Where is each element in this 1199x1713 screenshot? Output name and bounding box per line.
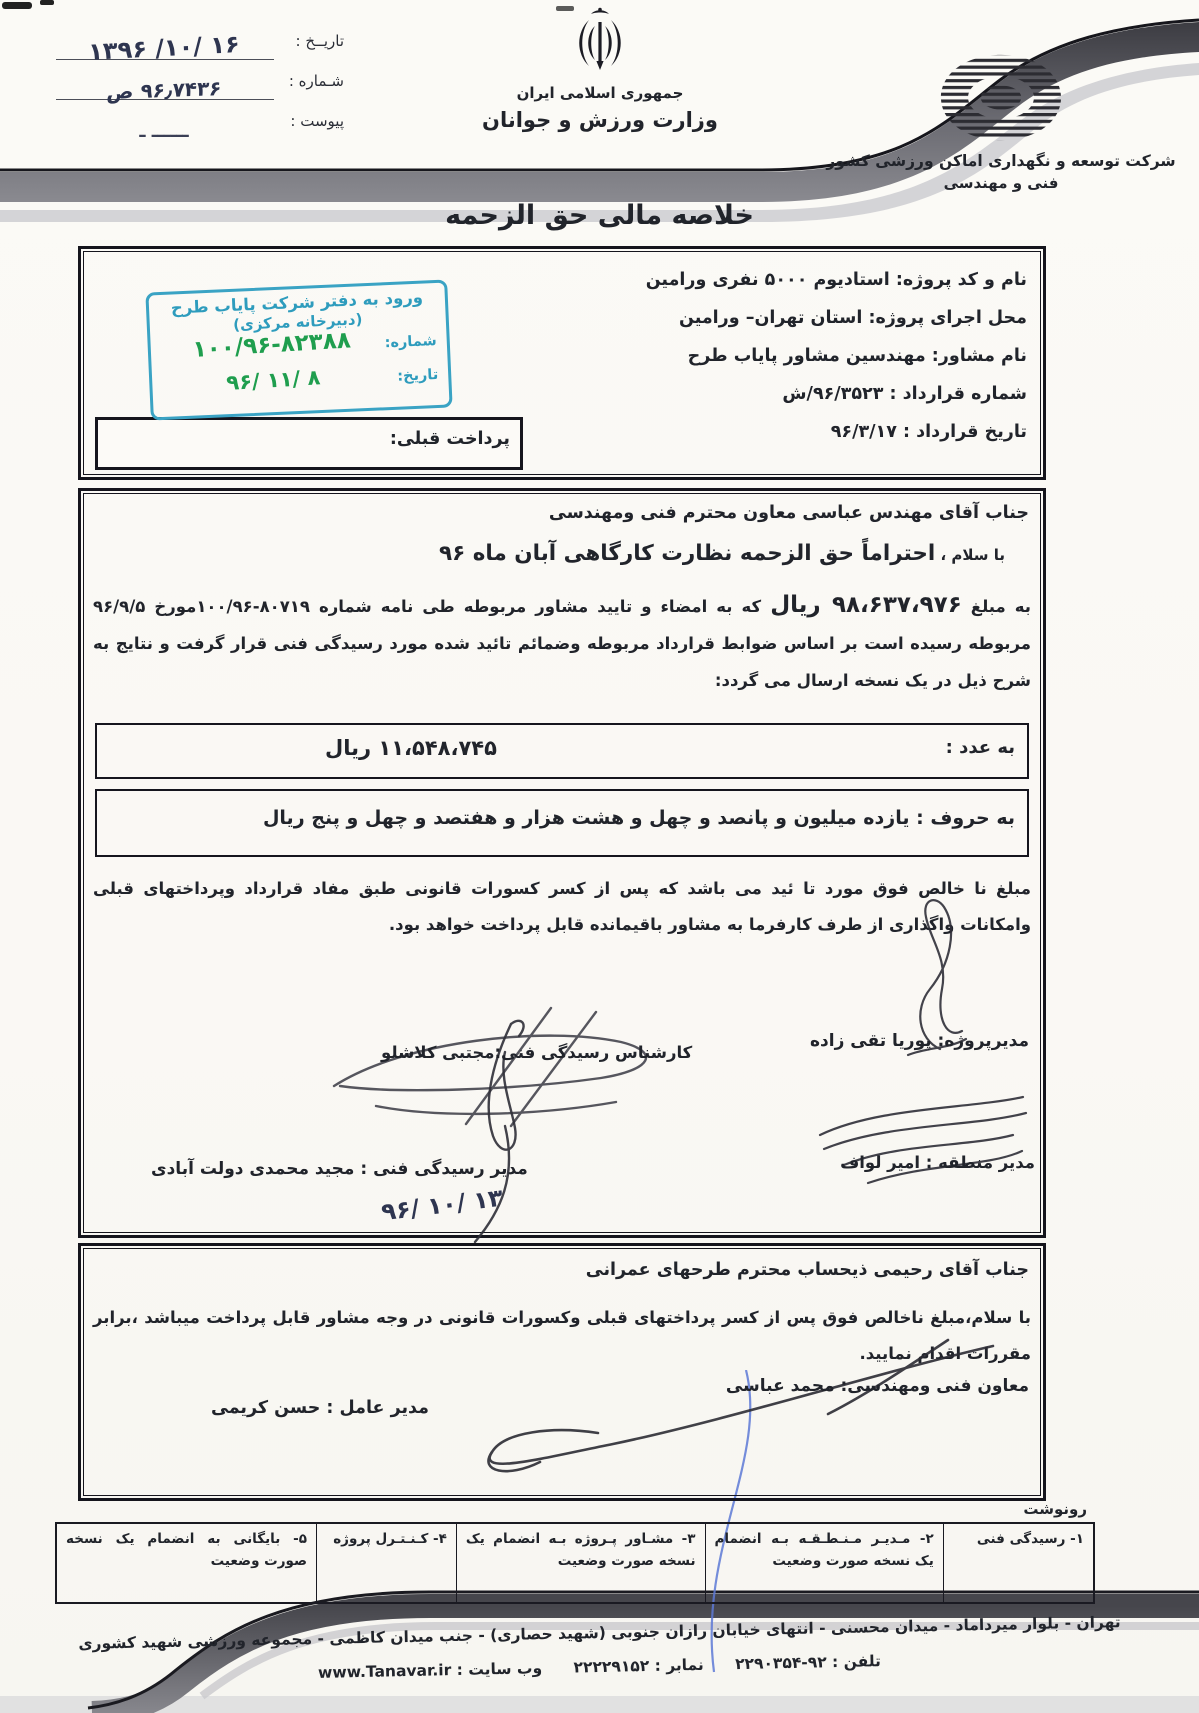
signature-technical-expert [316, 1006, 676, 1141]
copy-item-5: ۵- بایگانی به انضمام یک نسخه صورت وضعیت [57, 1524, 316, 1602]
stamp-date-label: تاریخ: [397, 367, 439, 385]
company-logo-icon [938, 52, 1064, 144]
ceo-label: مدیر عامل : حسن کریمی [211, 1398, 429, 1418]
technical-expert-label: کارشناس رسیدگی فنی:مجتبی کلاشلو [381, 1043, 692, 1062]
deputy-label: معاون فنی ومهندسی: محمد عباسی [726, 1376, 1029, 1396]
accountant-note-box: جناب آقای رحیمی ذیحساب محترم طرحهای عمرا… [78, 1243, 1046, 1501]
letter-closing-paragraph: مبلغ نا خالص فوق مورد تا ئید می باشد که … [93, 871, 1031, 943]
company-name: شرکت توسعه و نگهداری اماکن ورزشی کشور [817, 152, 1185, 170]
amount-words-line: به حروف : یازده میلیون و پانصد و چهل و ه… [109, 807, 1015, 829]
date-handwritten-value: ۱۳۹۶ /۱۰/ ۱۶ [61, 29, 266, 68]
date-label: تاریــخ : [296, 32, 344, 50]
date-row: تاریــخ : ۱۳۹۶ /۱۰/ ۱۶ [52, 24, 344, 64]
copy-item-4: ۴- کـنـتـرل پروژه [316, 1524, 456, 1602]
phone-number: ۲۲۹۰۳۵۴-۹۲ [735, 1653, 827, 1673]
region-manager-label: مدیر منطقه : امیر لواف [840, 1153, 1035, 1172]
attachment-handwritten-value: ــــــ ـ [62, 121, 266, 142]
amount-numeric-label: به عدد : [946, 737, 1015, 758]
fee-letter-box: جناب آقای مهندس عباسی معاون محترم فنی وم… [78, 488, 1046, 1238]
copies-label: رونوشت [1023, 1500, 1087, 1518]
incoming-mail-stamp: ورود به دفتر شرکت پایاب طرح (دبیرخانه مر… [145, 279, 452, 420]
company-department: فنی و مهندسی [817, 174, 1185, 192]
ministry-name: وزارت ورزش و جوانان [432, 108, 768, 132]
fax-label: نمابر : [649, 1656, 704, 1675]
number-handwritten-value: ۹۶٫۷۴۳۶ ص [61, 74, 267, 105]
letter-body-paragraph: به مبلغ ۹۸،۶۳۷،۹۷۶ ریال که به امضاء و تا… [93, 587, 1031, 699]
fax-number: ۲۲۲۲۹۱۵۲ [573, 1657, 649, 1677]
gross-amount: ۹۸،۶۳۷،۹۷۶ ریال [770, 592, 962, 618]
copy-item-2: ۲- مـدیـر مـنـطـقـه بـه انضمام یک نسخه ص… [705, 1524, 943, 1602]
copy-item-1: ۱- رسیدگی فنی [943, 1524, 1093, 1602]
handwritten-review-date: ۹۶/ ۱۰/ ۱۳ [380, 1184, 505, 1227]
previous-payment-label: پرداخت قبلی: [390, 429, 510, 449]
letter-subject: احتراماً حق الزحمه نظارت کارگاهی آبان ما… [439, 541, 935, 566]
accountant-addressee: جناب آقای رحیمی ذیحساب محترم طرحهای عمرا… [586, 1260, 1029, 1280]
copy-item-3: ۳- مشـاور پـروژه بـه انضمام یک نسخه صورت… [456, 1524, 705, 1602]
scanned-document-page: تاریــخ : ۱۳۹۶ /۱۰/ ۱۶ شـماره : ۹۶٫۷۴۳۶ … [0, 0, 1199, 1713]
number-label: شـماره : [289, 72, 344, 90]
previous-payment-box: پرداخت قبلی: [95, 417, 523, 470]
attachment-row: پیوست : ــــــ ـ [52, 104, 344, 144]
website-url: www.Tanavar.ir [318, 1661, 452, 1682]
phone-label: تلفن : [826, 1652, 881, 1671]
salutation-text: با سلام ، [935, 546, 1005, 564]
accountant-body: با سلام،مبلغ ناخالص فوق پس از کسر پرداخت… [93, 1300, 1031, 1372]
amount-words-label: به حروف : [910, 807, 1016, 829]
amount-numeric-value: ۱۱،۵۴۸،۷۴۵ ریال [325, 736, 497, 760]
signature-region-manager [808, 1091, 1038, 1201]
ministry-block: جمهوری اسلامی ایران وزارت ورزش و جوانان [432, 6, 768, 132]
letterhead-reference-block: تاریــخ : ۱۳۹۶ /۱۰/ ۱۶ شـماره : ۹۶٫۷۴۳۶ … [52, 24, 344, 144]
country-name: جمهوری اسلامی ایران [432, 84, 768, 102]
attachment-label: پیوست : [290, 112, 344, 130]
body-prefix: به مبلغ [962, 597, 1031, 616]
number-row: شـماره : ۹۶٫۷۴۳۶ ص [52, 64, 344, 104]
project-manager-label: مدیرپروژه: پوریا تقی زاده [810, 1031, 1029, 1051]
amount-words-row: به حروف : یازده میلیون و پانصد و چهل و ه… [95, 789, 1029, 857]
copies-table: ۱- رسیدگی فنی ۲- مـدیـر مـنـطـقـه بـه ان… [55, 1522, 1095, 1604]
stamp-number-label: شماره: [384, 333, 437, 351]
iran-emblem-icon [569, 6, 631, 82]
review-manager-label: مدیر رسیدگی فنی : مجید محمدی دولت آبادی [151, 1159, 528, 1179]
company-block: شرکت توسعه و نگهداری اماکن ورزشی کشور فن… [817, 52, 1185, 192]
amount-numeric-row: به عدد : ۱۱،۵۴۸،۷۴۵ ریال [95, 723, 1029, 779]
letter-addressee: جناب آقای مهندس عباسی معاون محترم فنی وم… [549, 503, 1029, 523]
document-title: خلاصه مالی حق الزحمه [0, 200, 1199, 231]
letter-salutation-line: با سلام ، احتراماً حق الزحمه نظارت کارگا… [439, 541, 1005, 566]
amount-words-value: یازده میلیون و پانصد و چهل و هشت هزار و … [263, 807, 910, 829]
website-label: وب سایت : [451, 1659, 542, 1679]
